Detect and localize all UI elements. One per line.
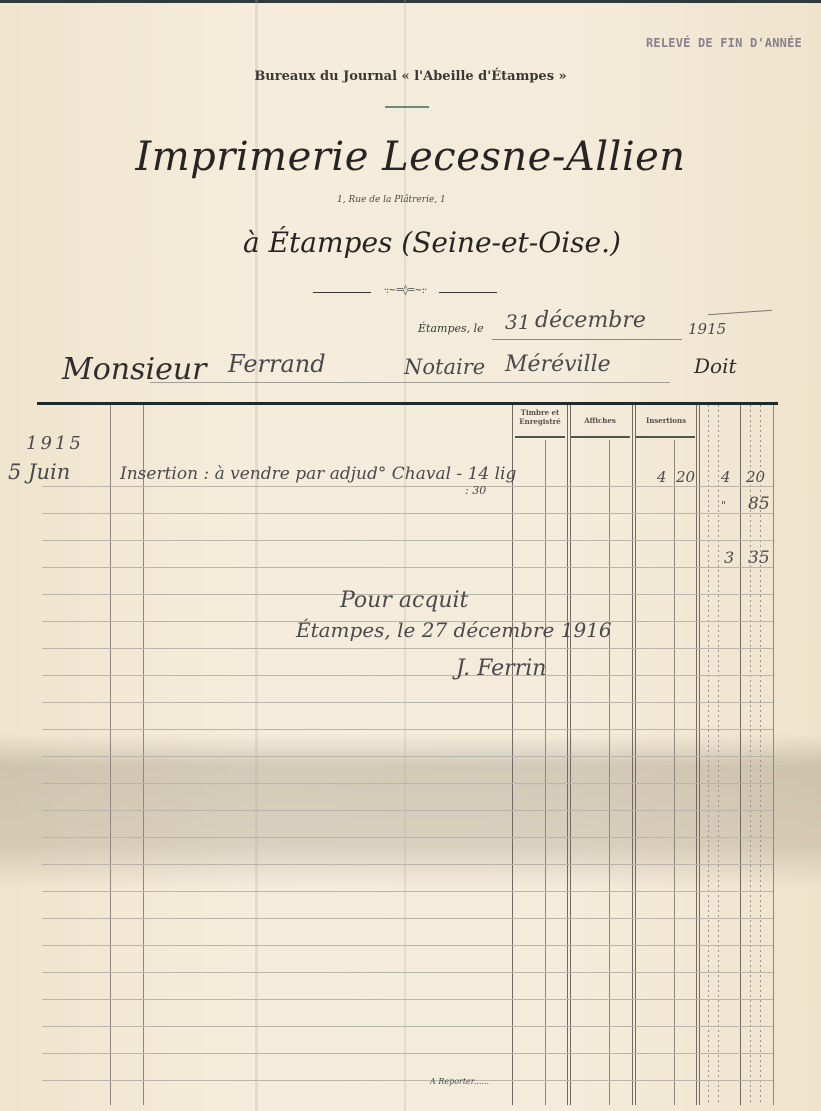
insertions-centimes: 20 bbox=[676, 468, 695, 486]
entry-description-sub: : 30 bbox=[465, 484, 486, 497]
ruled-line bbox=[42, 918, 773, 919]
ruled-line bbox=[42, 486, 773, 487]
ledger-vline bbox=[699, 405, 700, 1105]
date-day: 31 bbox=[505, 310, 530, 334]
column-header-affiches: Affiches bbox=[570, 416, 630, 425]
ruled-line bbox=[42, 513, 773, 514]
ruled-line bbox=[42, 702, 773, 703]
journal-office-heading: Bureaux du Journal « l'Abeille d'Étampes… bbox=[0, 69, 821, 84]
ruled-line bbox=[42, 864, 773, 865]
ruled-line bbox=[42, 837, 773, 838]
ledger-vline bbox=[740, 405, 741, 1105]
date-prefix: Étampes, le bbox=[418, 322, 484, 335]
ledger-vline bbox=[512, 405, 513, 1105]
ledger-vline bbox=[632, 405, 633, 1105]
date-underline bbox=[492, 339, 682, 340]
company-address: 1, Rue de la Plâtrerie, 1 bbox=[337, 195, 446, 205]
ruled-line bbox=[42, 972, 773, 973]
ruled-line bbox=[42, 810, 773, 811]
date-year: 1915 bbox=[688, 320, 726, 338]
ruled-line bbox=[42, 675, 773, 676]
adjustment-francs: " bbox=[721, 499, 726, 512]
ruled-line bbox=[42, 891, 773, 892]
ruled-line bbox=[42, 1080, 773, 1081]
ruled-line bbox=[42, 729, 773, 730]
client-underline bbox=[150, 382, 670, 383]
ledger-vline bbox=[635, 405, 636, 1105]
ruled-line bbox=[42, 999, 773, 1000]
receipt-acquit: Pour acquit bbox=[340, 588, 468, 613]
grand-total-centimes: 35 bbox=[748, 548, 770, 568]
ruled-line bbox=[42, 567, 773, 568]
entry-date: 5 Juin bbox=[8, 460, 70, 484]
ruled-line bbox=[42, 945, 773, 946]
ledger-vline bbox=[570, 405, 571, 1105]
total-francs: 4 bbox=[721, 468, 731, 486]
grand-total-francs: 3 bbox=[724, 548, 734, 567]
column-header-insertions: Insertions bbox=[636, 416, 696, 425]
ledger-top-rule bbox=[37, 402, 778, 405]
page-top-edge bbox=[0, 0, 821, 3]
ledger-vline-dotted bbox=[718, 405, 719, 1105]
heading-separator bbox=[385, 106, 429, 108]
carry-forward-label: A Reporter...... bbox=[430, 1077, 489, 1086]
company-name: Imprimerie Lecesne-Allien bbox=[0, 134, 821, 180]
receipt-date: Étampes, le 27 décembre 1916 bbox=[296, 618, 612, 642]
doit-label: Doit bbox=[694, 354, 737, 378]
year-end-statement-stamp: RELEVÉ DE FIN D'ANNÉE bbox=[646, 36, 802, 50]
entry-year: 1915 bbox=[26, 433, 84, 454]
ornament-flourish-icon: ·:~=◊=~:· bbox=[373, 285, 437, 296]
company-city: à Étampes (Seine-et-Oise.) bbox=[243, 226, 621, 259]
ledger-vline bbox=[567, 405, 568, 1105]
ledger-vline-dotted bbox=[708, 405, 709, 1105]
client-place: Méréville bbox=[505, 352, 611, 377]
client-title: Notaire bbox=[404, 355, 485, 379]
ornament-line-right bbox=[439, 292, 497, 293]
ornament-divider: ·:~=◊=~:· bbox=[313, 288, 497, 298]
ruled-line bbox=[42, 1026, 773, 1027]
total-centimes: 20 bbox=[746, 468, 765, 486]
column-header-underline bbox=[636, 436, 695, 438]
adjustment-centimes: 85 bbox=[748, 494, 770, 514]
client-name: Ferrand bbox=[228, 350, 326, 378]
date-month: décembre bbox=[535, 308, 646, 333]
ruled-line bbox=[42, 540, 773, 541]
ornament-line-left bbox=[313, 292, 371, 293]
ruled-line bbox=[42, 783, 773, 784]
entry-description: Insertion : à vendre par adjud° Chaval -… bbox=[120, 464, 516, 484]
ruled-line bbox=[42, 648, 773, 649]
ruled-line bbox=[42, 756, 773, 757]
column-header-underline bbox=[515, 436, 565, 438]
column-header-timbre: Timbre et Enregistré bbox=[512, 408, 568, 426]
ruled-line bbox=[42, 1053, 773, 1054]
column-header-underline bbox=[571, 436, 630, 438]
ledger-vline bbox=[110, 405, 111, 1105]
ledger-vline bbox=[773, 405, 774, 1105]
ledger-vline bbox=[696, 405, 697, 1105]
receipt-signature: J. Ferrin bbox=[456, 656, 546, 681]
insertions-francs: 4 bbox=[657, 468, 667, 486]
ledger-vline bbox=[143, 405, 144, 1105]
